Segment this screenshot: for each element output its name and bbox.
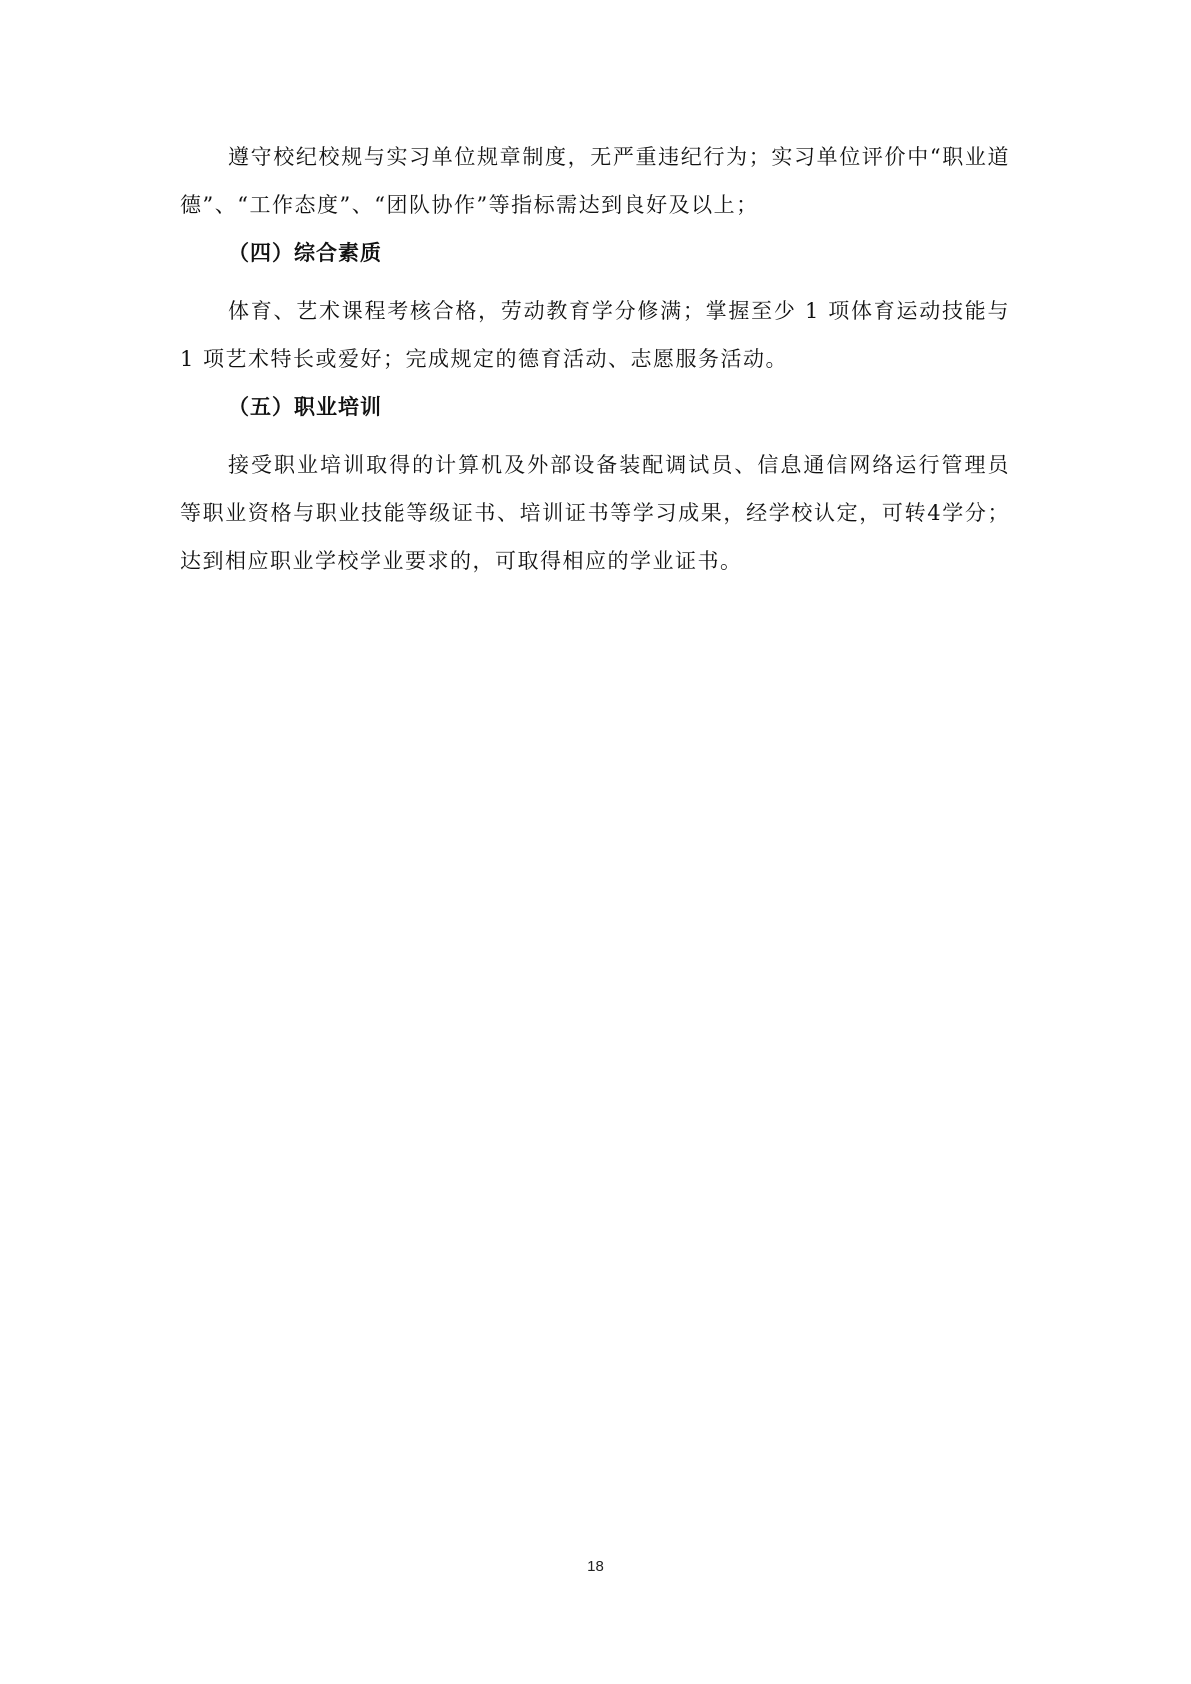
section-heading-vocational-training: （五）职业培训: [228, 387, 382, 427]
section-heading-comprehensive-quality: （四）综合素质: [228, 233, 382, 273]
page-number: 18: [0, 1558, 1191, 1575]
paragraph-comprehensive-quality: 体育、艺术课程考核合格，劳动教育学分修满；掌握至少 1 项体育运动技能与 1 项…: [180, 287, 1010, 383]
document-page: 遵守校纪校规与实习单位规章制度，无严重违纪行为；实习单位评价中“职业道德”、“工…: [0, 0, 1191, 1684]
paragraph-vocational-training: 接受职业培训取得的计算机及外部设备装配调试员、信息通信网络运行管理员等职业资格与…: [180, 441, 1010, 585]
paragraph-conduct-requirements: 遵守校纪校规与实习单位规章制度，无严重违纪行为；实习单位评价中“职业道德”、“工…: [180, 133, 1010, 229]
